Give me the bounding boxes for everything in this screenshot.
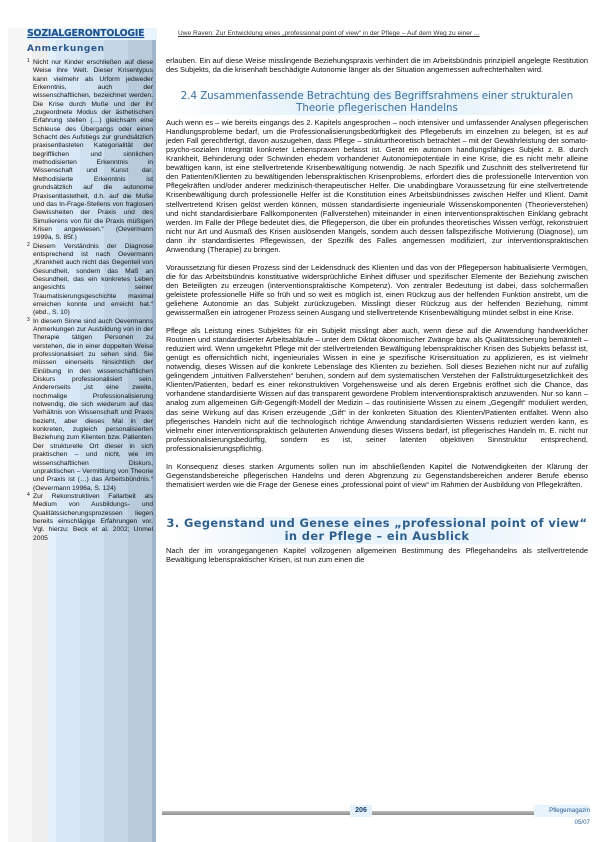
intro-paragraph: erlauben. Ein auf diese Weise misslingen…	[166, 56, 588, 74]
footnote-text: In diesem Sinne sind auch Oevermanns Anm…	[33, 318, 153, 492]
section-logo: SOZIALGERONTOLOGIE	[27, 28, 157, 40]
running-head: Uwe Raven: Zur Entwicklung eines „profes…	[178, 30, 588, 37]
footnote-marker: 3	[27, 316, 30, 324]
body-paragraph: Auch wenn es – wie bereits eingangs des …	[166, 118, 588, 254]
footnote-marker: 1	[27, 57, 30, 65]
section-3-heading: 3. Gegenstand und Genese eines „professi…	[166, 517, 588, 544]
footnote-text: Diesem Verständnis der Diagnose entsprec…	[33, 243, 153, 317]
section-2-4-heading: 2.4 Zusammenfassende Betrachtung des Beg…	[166, 91, 588, 115]
footnote-text: Nicht nur Kinder erschließen auf diese W…	[33, 59, 153, 241]
body-paragraph: In Konsequenz dieses starken Arguments s…	[166, 462, 588, 489]
main-text-column: erlauben. Ein auf diese Weise misslingen…	[166, 56, 588, 564]
footnote-marker: 2	[27, 241, 30, 249]
footnotes: 1Nicht nur Kinder erschließen auf diese …	[27, 59, 153, 543]
footnote-3: 3In diesem Sinne sind auch Oevermanns An…	[27, 318, 153, 493]
footnote-marker: 4	[27, 491, 30, 499]
footnote-1: 1Nicht nur Kinder erschließen auf diese …	[27, 59, 153, 243]
body-paragraph: Nach der im vorangegangenen Kapitel voll…	[166, 546, 588, 564]
body-paragraph: Voraussetzung für diesen Prozess sind de…	[166, 263, 588, 317]
footnote-4: 4Zur Rekonstruktiven Fallarbeit als Medi…	[27, 493, 153, 543]
page-number: 206	[350, 805, 372, 817]
body-paragraph: Pflege als Leistung eines Subjektes für …	[166, 326, 588, 453]
footnote-2: 2Diesem Verständnis der Diagnose entspre…	[27, 243, 153, 318]
journal-issue: Pflegemagazin 05/07	[534, 805, 590, 817]
footnote-text: Zur Rekonstruktiven Fallarbeit als Mediu…	[33, 493, 153, 542]
notes-heading: Anmerkungen	[27, 44, 153, 57]
